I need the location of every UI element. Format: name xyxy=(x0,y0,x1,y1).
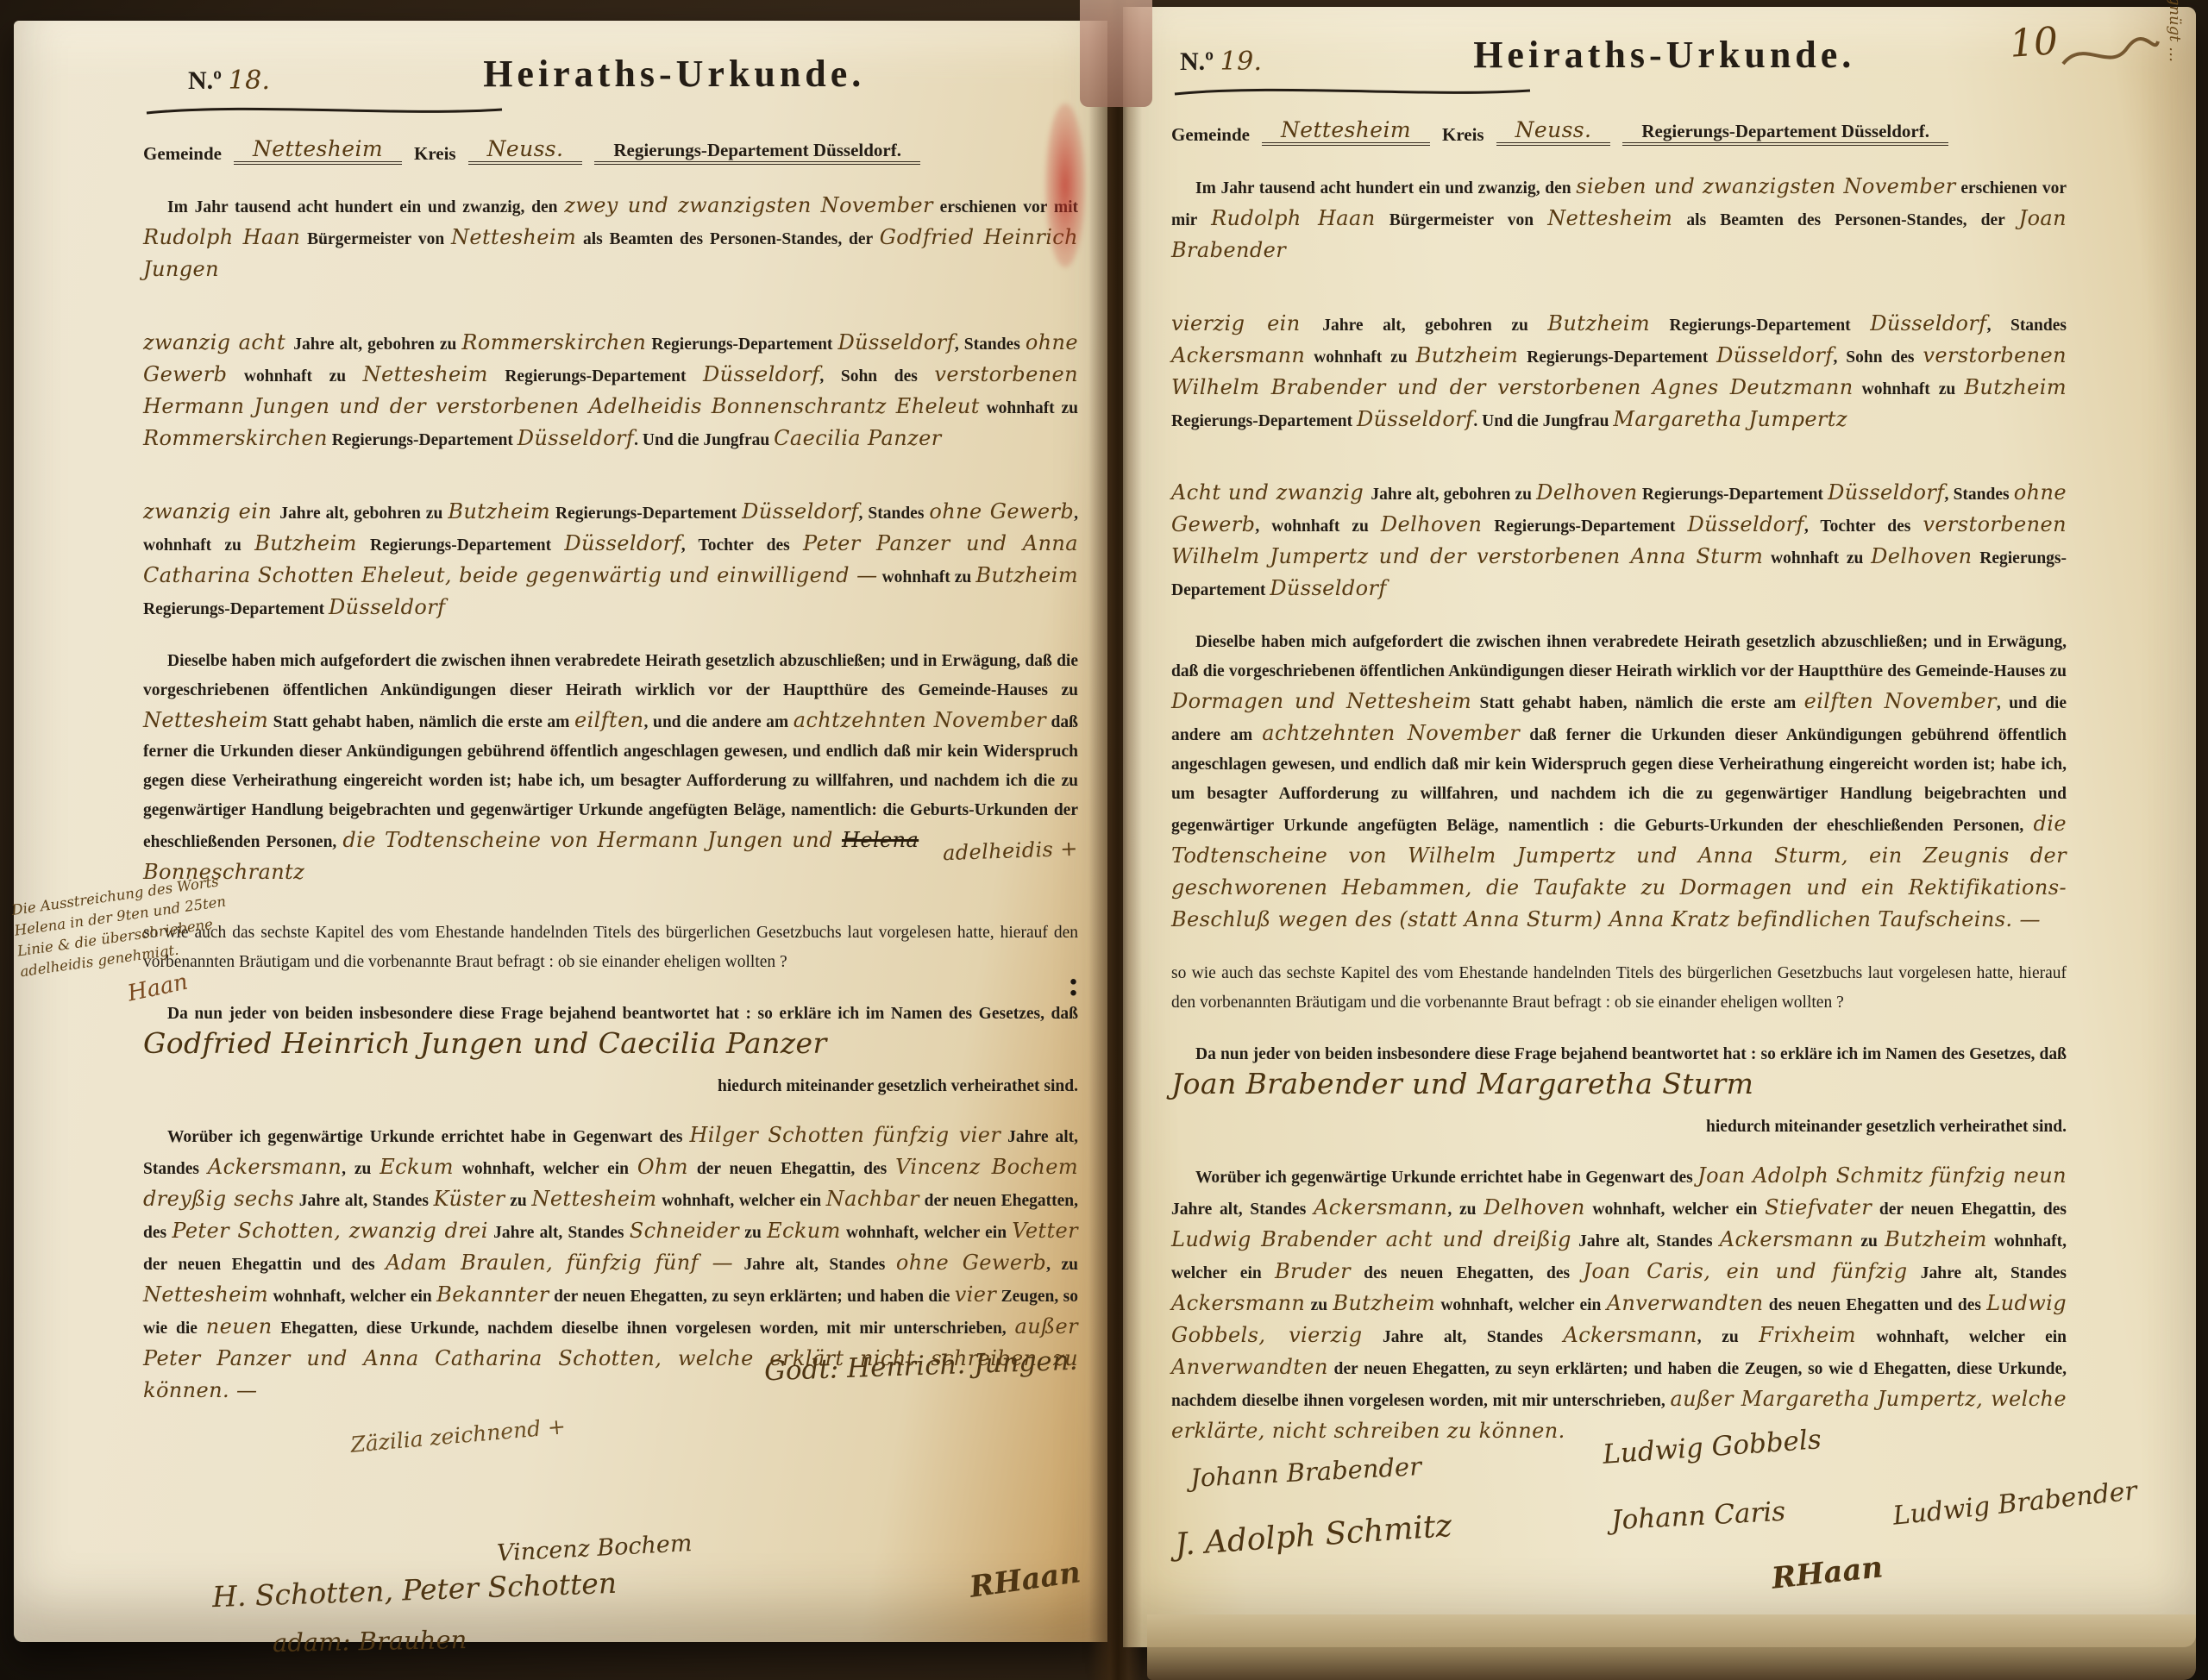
locality-fields: Gemeinde Nettesheim Kreis Neuss. Regieru… xyxy=(1171,117,2067,146)
spacer xyxy=(143,309,1078,328)
handwritten-entry: Joan Brabender und Margaretha Sturm xyxy=(1171,1067,1753,1100)
handwritten-entry: die Todtenscheine von Hermann Jungen und xyxy=(342,828,842,852)
printed-form-text: , Sohn des xyxy=(1834,348,1923,367)
handwritten-entry: Helena xyxy=(842,828,919,852)
printed-form-text: , Standes xyxy=(1987,317,2067,335)
handwritten-entry: Adam Braulen, fünfzig fünf — xyxy=(386,1251,733,1275)
margin-annotation-line: … den Neunzehn worauf … eingeschrieben b… xyxy=(2166,0,2184,62)
printed-form-text: Worüber ich gegenwärtige Urkunde erricht… xyxy=(1195,1169,1697,1187)
handwritten-entry: eilften xyxy=(574,708,644,732)
printed-form-text: wohnhaft, welcher ein xyxy=(1856,1328,2067,1346)
printed-form-text: Im Jahr tausend acht hundert ein und zwa… xyxy=(1195,179,1576,197)
handwritten-entry: Nettesheim xyxy=(1547,206,1672,230)
signature-witness-brabender: Ludwig Brabender xyxy=(1891,1476,2138,1532)
printed-form-text: wohnhaft zu xyxy=(1305,348,1415,367)
handwritten-entry: achtzehnten November xyxy=(793,708,1046,732)
printed-form-text: des neuen Ehegatten und des xyxy=(1764,1296,1987,1314)
handwritten-entry: Butzheim xyxy=(1547,311,1650,335)
printed-form-text: , und die andere am xyxy=(644,713,793,731)
gemeinde-label: Gemeinde xyxy=(1171,124,1250,146)
book-photograph: N.º 18. Heiraths-Urkunde. Gemeinde Nette… xyxy=(0,0,2208,1680)
handwritten-entry: Bekannter xyxy=(436,1282,549,1307)
spacer xyxy=(1171,290,2067,309)
handwritten-entry: Bruder xyxy=(1275,1259,1351,1283)
handwritten-entry: Ackersmann xyxy=(1563,1323,1697,1347)
handwritten-entry: Düsseldorf xyxy=(329,595,445,619)
printed-form-text: , Sohn des xyxy=(819,367,934,386)
record-number-label: N.º xyxy=(1180,47,1214,76)
signature-bride-mark: Zäzilia zeichnend + xyxy=(349,1414,567,1457)
printed-form-text: Statt gehabt haben, nämlich die erste am xyxy=(1471,694,1803,712)
printed-form-text: Jahre alt, gebohren zu xyxy=(1371,486,1536,504)
printed-form-text: , zu xyxy=(1046,1256,1078,1274)
paragraph-civil-code: so wie auch das sechste Kapitel des vom … xyxy=(143,918,1078,977)
handwritten-entry: Delhoven xyxy=(1536,480,1637,505)
printed-form-text: , Standes xyxy=(955,335,1026,354)
printed-form-text: wohnhaft, welcher ein xyxy=(1585,1200,1765,1219)
signature-witness-bochem: Vincenz Bochem xyxy=(496,1530,693,1567)
printed-form-text: Regierungs-Departement xyxy=(1482,517,1687,536)
handwritten-entry: Rudolph Haan xyxy=(1211,206,1376,230)
printed-form-text: Jahre alt, Standes xyxy=(1908,1264,2067,1282)
title-flourish xyxy=(143,104,505,118)
printed-form-text: Jahre alt, Standes xyxy=(1171,1200,1314,1219)
page-header: N.º 18. Heiraths-Urkunde. xyxy=(143,52,1078,96)
departement-label: Regierungs-Departement Düsseldorf. xyxy=(1622,121,1948,146)
paragraph-bridegroom: vierzig ein Jahre alt, gebohren zu Butzh… xyxy=(1171,309,2067,436)
handwritten-entry: Rudolph Haan xyxy=(143,225,300,249)
handwritten-entry: Düsseldorf xyxy=(1687,512,1803,536)
ink-dots: : xyxy=(1068,973,1076,1018)
handwritten-entry: Godfried Heinrich Jungen und Caecilia Pa… xyxy=(143,1026,827,1060)
signature-witness-braulen: adam: Brauhen xyxy=(273,1625,467,1658)
printed-form-text: Regierungs-Departement xyxy=(550,505,742,523)
printed-form-text: Im Jahr tausend acht hundert ein und zwa… xyxy=(167,198,564,216)
signature-mayor-haan: RHaan xyxy=(1770,1550,1885,1595)
printed-form-text: Regierungs-Departement xyxy=(357,536,565,555)
paragraph-announcements: Dieselbe haben mich aufgefordert die zwi… xyxy=(143,647,1078,889)
printed-form-text: , zu xyxy=(1697,1328,1759,1346)
handwritten-entry: Frixheim xyxy=(1759,1323,1856,1347)
gemeinde-label: Gemeinde xyxy=(143,143,222,165)
printed-form-text: Ehegatten, diese Urkunde, nachdem diesel… xyxy=(273,1320,1015,1338)
printed-form-text: Da nun jeder von beiden insbesondere die… xyxy=(1195,1045,2067,1063)
handwritten-entry: achtzehnten November xyxy=(1262,721,1520,745)
printed-form-text: Regierungs-Departement xyxy=(1650,317,1870,335)
handwritten-entry: Vetter xyxy=(1012,1219,1078,1243)
handwritten-entry: Düsseldorf xyxy=(1357,407,1473,431)
paragraph-civil-code: so wie auch das sechste Kapitel des vom … xyxy=(1171,959,2067,1018)
signature-witness-caris: Johann Caris xyxy=(1610,1496,1786,1537)
spacer xyxy=(1171,459,2067,478)
title-flourish xyxy=(1171,85,1534,99)
printed-form-text: der neuen Ehegattin, des xyxy=(1872,1200,2067,1219)
printed-form-text: Worüber ich gegenwärtige Urkunde erricht… xyxy=(167,1128,689,1146)
binding-tape xyxy=(1080,0,1152,107)
paragraph-bride: Acht und zwanzig Jahre alt, gebohren zu … xyxy=(1171,478,2067,605)
printed-form-text: , Standes xyxy=(859,505,930,523)
handwritten-entry: Anverwandten xyxy=(1607,1291,1764,1315)
printed-form-text: . Und die Jungfrau xyxy=(1473,412,1613,430)
margin-annotation-text: Die Ausstreichung des Worts Helena in de… xyxy=(10,873,227,980)
handwritten-entry: Caecilia Panzer xyxy=(774,426,941,450)
handwritten-entry: Düsseldorf xyxy=(742,499,858,523)
record-number-label: N.º xyxy=(188,66,222,95)
printed-form-text: Jahre alt, Standes xyxy=(733,1256,896,1274)
printed-form-text: Bürgermeister von xyxy=(300,230,451,248)
signature-groom: Johann Brabender xyxy=(1189,1451,1422,1493)
printed-form-text: Jahre alt, Standes xyxy=(294,1192,434,1210)
gemeinde-value: Nettesheim xyxy=(234,136,402,165)
handwritten-entry: Düsseldorf xyxy=(703,362,819,386)
printed-form-text: der neuen Ehegatten, zu seyn erklärten; … xyxy=(549,1288,955,1306)
printed-form-text: Regierungs-Departement xyxy=(646,335,837,354)
handwritten-entry: Düsseldorf xyxy=(1716,343,1833,367)
paragraph-announcements: Dieselbe haben mich aufgefordert die zwi… xyxy=(1171,628,2067,937)
handwritten-entry: Küster xyxy=(434,1187,505,1211)
declaration-tail: hiedurch miteinander gesetzlich verheira… xyxy=(143,1072,1078,1101)
record-number: N.º 18. xyxy=(188,66,271,96)
record-number: N.º 19. xyxy=(1180,47,1263,77)
printed-form-text: Jahre alt, gebohren zu xyxy=(293,335,461,354)
printed-form-text: Regierungs-Departement xyxy=(143,600,329,618)
handwritten-entry: Stiefvater xyxy=(1765,1195,1872,1219)
margin-annotation-vertical: … den Neunzehn worauf … eingeschrieben b… xyxy=(2132,0,2187,200)
paragraph-appearance: Im Jahr tausend acht hundert ein und zwa… xyxy=(143,191,1078,286)
handwritten-entry: Düsseldorf xyxy=(1828,480,1944,505)
handwritten-entry: Margaretha Jumpertz xyxy=(1613,407,1847,431)
kreis-label: Kreis xyxy=(1442,124,1484,146)
signature-mayor-haan: RHaan xyxy=(968,1555,1082,1605)
printed-form-text: , wohnhaft zu xyxy=(1255,517,1381,536)
declaration-tail: hiedurch miteinander gesetzlich verheira… xyxy=(1171,1113,2067,1142)
next-page-edge xyxy=(1147,1614,2196,1680)
handwritten-entry: zwanzig ein xyxy=(143,499,279,523)
handwritten-entry: Butzheim xyxy=(1964,375,2067,399)
handwritten-entry: Ackersmann xyxy=(1314,1195,1447,1219)
printed-form-text: wohnhaft, welcher ein xyxy=(454,1160,637,1178)
printed-form-text: , Tochter des xyxy=(1804,517,1923,536)
gemeinde-value: Nettesheim xyxy=(1262,117,1430,146)
page-title: Heiraths-Urkunde. xyxy=(1263,33,2067,77)
handwritten-entry: Ohm xyxy=(637,1155,688,1179)
paragraph-bride: zwanzig ein Jahre alt, gebohren zu Butzh… xyxy=(143,497,1078,624)
locality-fields: Gemeinde Nettesheim Kreis Neuss. Regieru… xyxy=(143,136,1078,165)
handwritten-entry: zwey und zwanzigsten November xyxy=(564,193,933,217)
kreis-value: Neuss. xyxy=(1496,117,1611,146)
paragraph-appearance: Im Jahr tausend acht hundert ein und zwa… xyxy=(1171,172,2067,267)
handwritten-entry: Butzheim xyxy=(448,499,550,523)
handwritten-entry: adelheidis + xyxy=(919,834,1079,868)
handwritten-entry: Nettesheim xyxy=(531,1187,656,1211)
paragraph-declaration: Da nun jeder von beiden insbesondere die… xyxy=(1171,1040,2067,1104)
handwritten-entry: Nettesheim xyxy=(143,708,268,732)
printed-form-text: der neuen Ehegattin und des xyxy=(143,1256,386,1274)
kreis-label: Kreis xyxy=(414,143,456,165)
printed-form-text: wohnhaft zu xyxy=(1763,549,1871,567)
printed-form-text: Jahre alt, Standes xyxy=(1571,1232,1720,1251)
printed-form-text: Bürgermeister von xyxy=(1376,211,1548,229)
printed-form-text: Jahre alt, gebohren zu xyxy=(1322,317,1547,335)
handwritten-entry: Anverwandten xyxy=(1171,1355,1328,1379)
printed-form-text: Regierungs-Departement xyxy=(1518,348,1716,367)
paragraph-declaration: Da nun jeder von beiden insbesondere die… xyxy=(143,1000,1078,1063)
certificate-page-left: N.º 18. Heiraths-Urkunde. Gemeinde Nette… xyxy=(14,21,1107,1642)
printed-form-text: wohnhaft, welcher ein xyxy=(841,1224,1013,1242)
printed-form-text: , zu xyxy=(1447,1200,1483,1219)
printed-form-text: wohnhaft zu xyxy=(227,367,362,386)
handwritten-entry: Delhoven xyxy=(1871,544,1972,568)
printed-form-text: zu xyxy=(1854,1232,1885,1251)
handwritten-entry: ohne Gewerb xyxy=(929,499,1074,523)
printed-form-text: wohnhaft, welcher ein xyxy=(657,1192,826,1210)
printed-form-text: zu xyxy=(1305,1296,1333,1314)
printed-form-text: als Beamten des Personen-Standes, der xyxy=(1672,211,2018,229)
handwritten-entry: Ackersmann xyxy=(208,1155,342,1179)
printed-form-text: wohnhaft, welcher ein xyxy=(268,1288,436,1306)
page-title: Heiraths-Urkunde. xyxy=(271,52,1079,96)
handwritten-entry: eilften November xyxy=(1804,689,1997,713)
handwritten-entry: Hilger Schotten fünfzig vier xyxy=(689,1123,1000,1147)
handwritten-entry: Rommerskirchen xyxy=(461,330,646,354)
margin-annotation-signature: Haan xyxy=(126,961,241,1005)
handwritten-entry: Ackersmann xyxy=(1171,343,1305,367)
handwritten-entry: zwanzig acht xyxy=(143,330,293,354)
record-number-value: 19. xyxy=(1220,47,1263,77)
handwritten-entry: Schneider xyxy=(630,1219,739,1243)
printed-form-text: Dieselbe haben mich aufgefordert die zwi… xyxy=(143,652,1078,699)
printed-form-text: zu xyxy=(505,1192,532,1210)
printed-form-text: , zu xyxy=(342,1160,379,1178)
printed-form-text: , Standes xyxy=(1945,486,2014,504)
handwritten-entry: Nachbar xyxy=(826,1187,919,1211)
handwritten-entry: Rommerskirchen xyxy=(143,426,328,450)
handwritten-entry: Düsseldorf xyxy=(1270,576,1386,600)
signature-witness-schotten: H. Schotten, Peter Schotten xyxy=(211,1566,617,1614)
book-gutter-shadow xyxy=(1088,0,1142,1680)
printed-form-text: Statt gehabt haben, nämlich die erste am xyxy=(268,713,574,731)
handwritten-entry: Delhoven xyxy=(1381,512,1482,536)
handwritten-entry: Butzheim xyxy=(254,531,357,555)
handwritten-entry: Düsseldorf xyxy=(564,531,681,555)
handwritten-entry: Ackersmann xyxy=(1720,1227,1854,1251)
handwritten-entry: Nettesheim xyxy=(451,225,576,249)
record-number-value: 18. xyxy=(229,66,271,96)
printed-form-text: Regierungs-Departement xyxy=(1638,486,1828,504)
margin-annotation: Die Ausstreichung des Worts Helena in de… xyxy=(10,870,241,1015)
handwritten-entry: Düsseldorf xyxy=(1870,311,1986,335)
handwritten-entry: Nettesheim xyxy=(363,362,488,386)
signature-witness-schmitz: J. Adolph Schmitz xyxy=(1174,1508,1453,1563)
handwritten-entry: Düsseldorf xyxy=(517,426,634,450)
printed-form-text: wohnhaft zu xyxy=(1854,380,1965,398)
handwritten-entry: ohne Gewerb xyxy=(896,1251,1046,1275)
printed-form-text: wohnhaft zu xyxy=(980,399,1078,417)
certificate-page-right: 10 N.º 19. Heiraths-Urkunde. Gemeinde Ne… xyxy=(1123,7,2196,1647)
printed-form-text: Regierungs-Departement xyxy=(1171,412,1357,430)
handwritten-entry: Joan Caris, ein und fünfzig xyxy=(1583,1259,1907,1283)
handwritten-entry: sieben und zwanzigsten November xyxy=(1576,174,1955,198)
printed-form-text: Jahre alt, Standes xyxy=(488,1224,630,1242)
handwritten-entry: neuen xyxy=(206,1314,273,1338)
printed-form-text: . Und die Jungfrau xyxy=(634,431,774,449)
printed-form-text: als Beamten des Personen-Standes, der xyxy=(576,230,880,248)
handwritten-entry: Butzheim xyxy=(975,563,1078,587)
printed-form-text: zu xyxy=(739,1224,767,1242)
handwritten-entry: Butzheim xyxy=(1416,343,1519,367)
printed-form-text: Regierungs-Departement xyxy=(488,367,703,386)
printed-form-text: Jahre alt, Standes xyxy=(1362,1328,1563,1346)
handwritten-entry: Delhoven xyxy=(1483,1195,1584,1219)
handwritten-entry: Peter Schotten, zwanzig drei xyxy=(172,1219,488,1243)
paragraph-bridegroom: zwanzig acht Jahre alt, gebohren zu Romm… xyxy=(143,328,1078,455)
departement-label: Regierungs-Departement Düsseldorf. xyxy=(594,140,920,165)
handwritten-entry: Eckum xyxy=(379,1155,454,1179)
handwritten-entry: Acht und zwanzig xyxy=(1171,480,1371,505)
printed-form-text: Dieselbe haben mich aufgefordert die zwi… xyxy=(1171,633,2067,680)
paragraph-witnesses: Worüber ich gegenwärtige Urkunde erricht… xyxy=(1171,1161,2067,1448)
handwritten-entry: Ludwig Brabender acht und dreißig xyxy=(1171,1227,1571,1251)
printed-form-text: Da nun jeder von beiden insbesondere die… xyxy=(167,1005,1078,1023)
handwritten-entry: Nettesheim xyxy=(143,1282,268,1307)
printed-form-text: Regierungs-Departement xyxy=(328,431,517,449)
handwritten-entry: Ackersmann xyxy=(1171,1291,1305,1315)
handwritten-entry: Joan Adolph Schmitz fünfzig neun xyxy=(1697,1163,2067,1188)
page-header: N.º 19. Heiraths-Urkunde. xyxy=(1171,33,2067,77)
printed-form-text: der neuen Ehegattin, des xyxy=(688,1160,895,1178)
printed-form-text: wohnhaft zu xyxy=(878,568,976,586)
folio-number: 10 xyxy=(2008,19,2059,66)
handwritten-entry: Butzheim xyxy=(1333,1291,1435,1315)
handwritten-entry: vier xyxy=(955,1282,997,1307)
spacer xyxy=(143,478,1078,497)
handwritten-entry: vierzig ein xyxy=(1171,311,1322,335)
printed-form-text: Jahre alt, gebohren zu xyxy=(279,505,448,523)
handwritten-entry: Eckum xyxy=(767,1219,841,1243)
printed-form-text: , Tochter des xyxy=(681,536,803,555)
red-ink-stain xyxy=(1045,103,1085,267)
kreis-value: Neuss. xyxy=(468,136,583,165)
printed-form-text: des neuen Ehegatten, des xyxy=(1351,1264,1583,1282)
handwritten-entry: Düsseldorf xyxy=(837,330,954,354)
handwritten-entry: Dormagen und Nettesheim xyxy=(1171,689,1471,713)
handwritten-entry: Butzheim xyxy=(1885,1227,1987,1251)
printed-form-text: wohnhaft, welcher ein xyxy=(1435,1296,1607,1314)
